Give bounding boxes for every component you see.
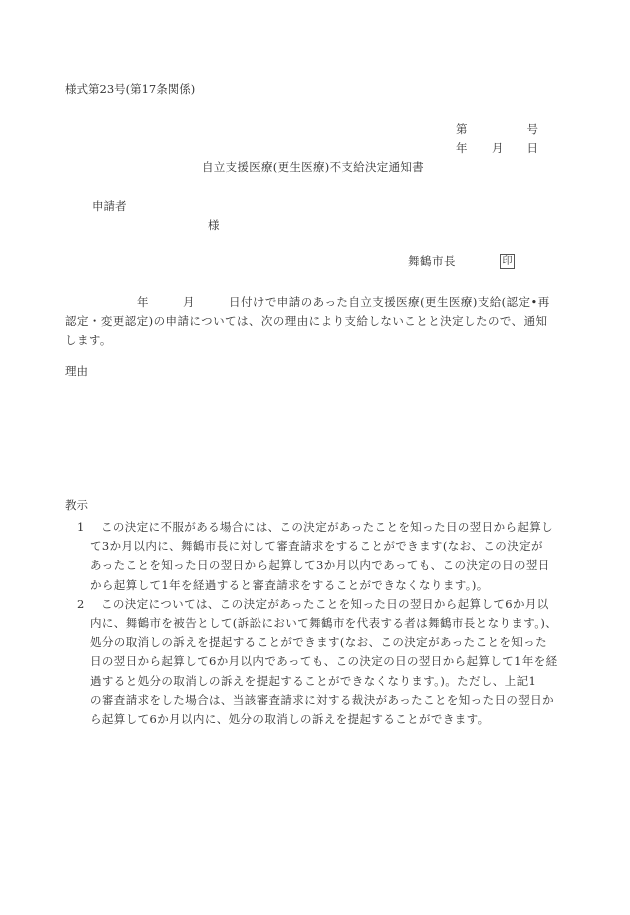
notice-line-3: します。 — [65, 331, 585, 350]
instruction-line: 過すると処分の取消しの訴えを提起することができなくなります。)。ただし、上記1 — [65, 672, 595, 691]
instruction-line: あったことを知った日の翌日から起算して3か月以内であっても、この決定の日の翌日 — [65, 556, 595, 575]
instruction-number: 2 — [77, 595, 85, 614]
document-number-suffix: 号 — [527, 124, 539, 136]
notice-line-1: 年月日付けで申請のあった自立支援医療(更生医療)支給(認定•再 — [65, 293, 585, 312]
instruction-line: ら起算して6か月以内に、処分の取消しの訴えを提起することができます。 — [65, 710, 595, 729]
date-day: 日 — [527, 143, 539, 155]
instruction-line: 処分の取消しの訴えを提起することができます(なお、この決定があったことを知った — [65, 633, 595, 652]
seal-stamp-icon: 印 — [500, 254, 515, 269]
instruction-item-1: 1 この決定に不服がある場合には、この決定があったことを知った日の翌日から起算し… — [65, 518, 595, 595]
instruction-line: 日の翌日から起算して6か月以内であっても、この決定の日の翌日から起算して1年を経 — [65, 652, 595, 671]
instruction-item-2: 2 この決定については、この決定があったことを知った日の翌日から起算して6か月以… — [65, 595, 595, 729]
issuer-name: 舞鶴市長 — [408, 256, 456, 268]
body-month: 月 — [183, 293, 229, 312]
body-year: 年 — [137, 293, 183, 312]
document-number-prefix: 第 — [456, 122, 468, 136]
instruction-line: から起算して1年を経過すると審査請求をすることができなくなります。)。 — [65, 576, 595, 595]
instruction-line: この決定に不服がある場合には、この決定があったことを知った日の翌日から起算し — [65, 518, 595, 537]
instructions-label: 教示 — [65, 500, 88, 512]
notice-line-2: 認定・変更認定)の申請については、次の理由により支給しないことと決定したので、通… — [65, 312, 585, 331]
instructions-list: 1 この決定に不服がある場合には、この決定があったことを知った日の翌日から起算し… — [65, 518, 595, 729]
instruction-line: 内に、舞鶴市を被告として(訴訟において舞鶴市を代表する者は舞鶴市長となります。)… — [65, 614, 595, 633]
document-title: 自立支援医療(更生医療)不支給決定通知書 — [202, 162, 424, 174]
body-line1-rest: 日付けで申請のあった自立支援医療(更生医療)支給(認定•再 — [229, 295, 550, 309]
date-month: 月 — [492, 143, 504, 155]
notice-body: 年月日付けで申請のあった自立支援医療(更生医療)支給(認定•再 認定・変更認定)… — [65, 293, 585, 350]
instruction-line: て3か月以内に、舞鶴市長に対して審査請求をすることができます(なお、この決定が — [65, 537, 595, 556]
document-date: 年 月 日 — [456, 143, 538, 155]
document-number: 第 号 — [456, 124, 538, 136]
date-year: 年 — [456, 141, 468, 155]
applicant-label: 申請者 — [92, 201, 127, 213]
honorific: 様 — [208, 220, 220, 232]
instruction-line: この決定については、この決定があったことを知った日の翌日から起算して6か月以 — [65, 595, 595, 614]
instruction-number: 1 — [77, 518, 85, 537]
form-number: 様式第23号(第17条関係) — [65, 84, 195, 96]
reason-label: 理由 — [65, 366, 88, 378]
instruction-line: の審査請求をした場合は、当該審査請求に対する裁決があったことを知った日の翌日か — [65, 691, 595, 710]
